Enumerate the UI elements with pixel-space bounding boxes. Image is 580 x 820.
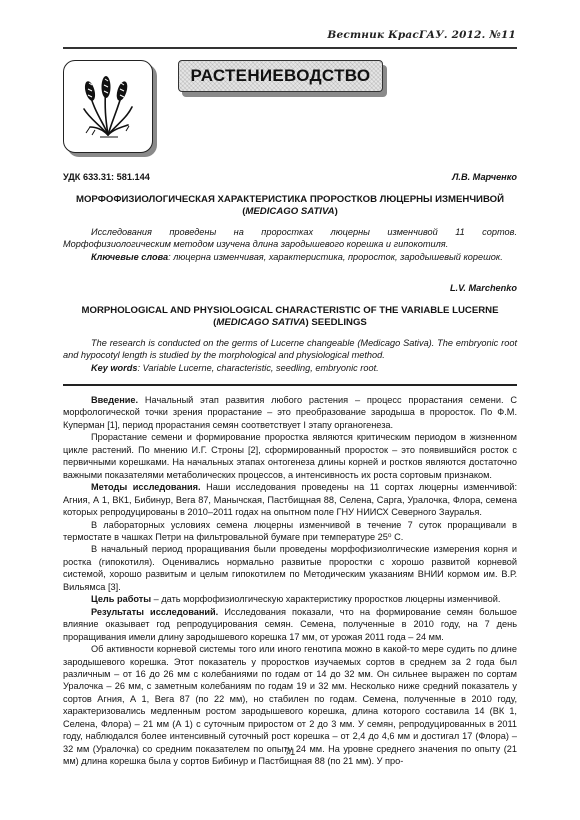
section-logo	[63, 60, 153, 153]
section-banner: РАСТЕНИЕВОДСТВО	[178, 60, 383, 92]
latin-name: MEDICAGO SATIVA	[216, 317, 305, 328]
wheat-ears-icon	[80, 73, 136, 139]
author-ru: Л.В. Марченко	[452, 171, 517, 183]
abstract-ru-text: Исследования проведены на проростках люц…	[63, 226, 517, 251]
paren-close: )	[335, 206, 338, 217]
title-ru-line2: (MEDICAGO SATIVA)	[63, 206, 517, 218]
article-body: Введение. Начальный этап развития любого…	[63, 394, 517, 768]
keywords-ru-text: : люцерна изменчивая, характеристика, пр…	[168, 252, 503, 262]
article-title-ru: МОРФОФИЗИОЛОГИЧЕСКАЯ ХАРАКТЕРИСТИКА ПРОР…	[63, 194, 517, 219]
paragraph-lead: Цель работы	[91, 594, 151, 604]
keywords-ru: Ключевые слова: люцерна изменчивая, хара…	[63, 251, 517, 263]
running-head: Вестник КрасГАУ. 2012. №11	[327, 29, 516, 41]
paragraph-text: – дать морфофизиолгическую характеристик…	[151, 594, 500, 604]
paragraph: Введение. Начальный этап развития любого…	[63, 394, 517, 431]
title-en-line1: MORPHOLOGICAL AND PHYSIOLOGICAL CHARACTE…	[63, 305, 517, 317]
paragraph-lead: Введение.	[91, 395, 138, 405]
keywords-en-text: : Variable Lucerne, characteristic, seed…	[137, 363, 378, 373]
title-en-line2: (MEDICAGO SATIVA) SEEDLINGS	[63, 317, 517, 329]
keywords-en-label: Key words	[91, 363, 137, 373]
keywords-en: Key words: Variable Lucerne, characteris…	[63, 362, 517, 374]
paragraph-text: В начальный период проращивания были про…	[63, 544, 517, 591]
latin-name: MEDICAGO SATIVA	[245, 206, 334, 217]
paragraph-text: В лабораторных условиях семена люцерны и…	[63, 520, 517, 542]
paragraph-text: Прорастание семени и формирование пророс…	[63, 432, 517, 479]
abstract-en-text: The research is conducted on the germs o…	[63, 337, 517, 362]
title-en-suffix: ) SEEDLINGS	[306, 317, 367, 328]
abstract-ru: Исследования проведены на проростках люц…	[63, 226, 517, 263]
title-ru-line1: МОРФОФИЗИОЛОГИЧЕСКАЯ ХАРАКТЕРИСТИКА ПРОР…	[63, 194, 517, 206]
paragraph: Результаты исследований. Исследования по…	[63, 606, 517, 643]
paragraph: Методы исследования. Наши исследования п…	[63, 481, 517, 518]
article-title-en: MORPHOLOGICAL AND PHYSIOLOGICAL CHARACTE…	[63, 305, 517, 330]
paragraph-lead: Результаты исследований.	[91, 607, 218, 617]
journal-page: Вестник КрасГАУ. 2012. №11	[0, 0, 580, 820]
paragraph: Цель работы – дать морфофизиолгическую х…	[63, 593, 517, 605]
author-en: L.V. Marchenko	[450, 282, 517, 294]
paragraph: Прорастание семени и формирование пророс…	[63, 431, 517, 481]
abstract-en: The research is conducted on the germs o…	[63, 337, 517, 374]
section-separator	[63, 384, 517, 386]
page-number: 71	[0, 747, 580, 758]
paragraph: В начальный период проращивания были про…	[63, 543, 517, 593]
section-title: РАСТЕНИЕВОДСТВО	[191, 66, 371, 85]
udk-code: УДК 633.31: 581.144	[63, 171, 150, 183]
header-rule	[63, 47, 517, 49]
paragraph-lead: Методы исследования.	[91, 482, 201, 492]
paragraph: В лабораторных условиях семена люцерны и…	[63, 519, 517, 544]
keywords-ru-label: Ключевые слова	[91, 252, 168, 262]
